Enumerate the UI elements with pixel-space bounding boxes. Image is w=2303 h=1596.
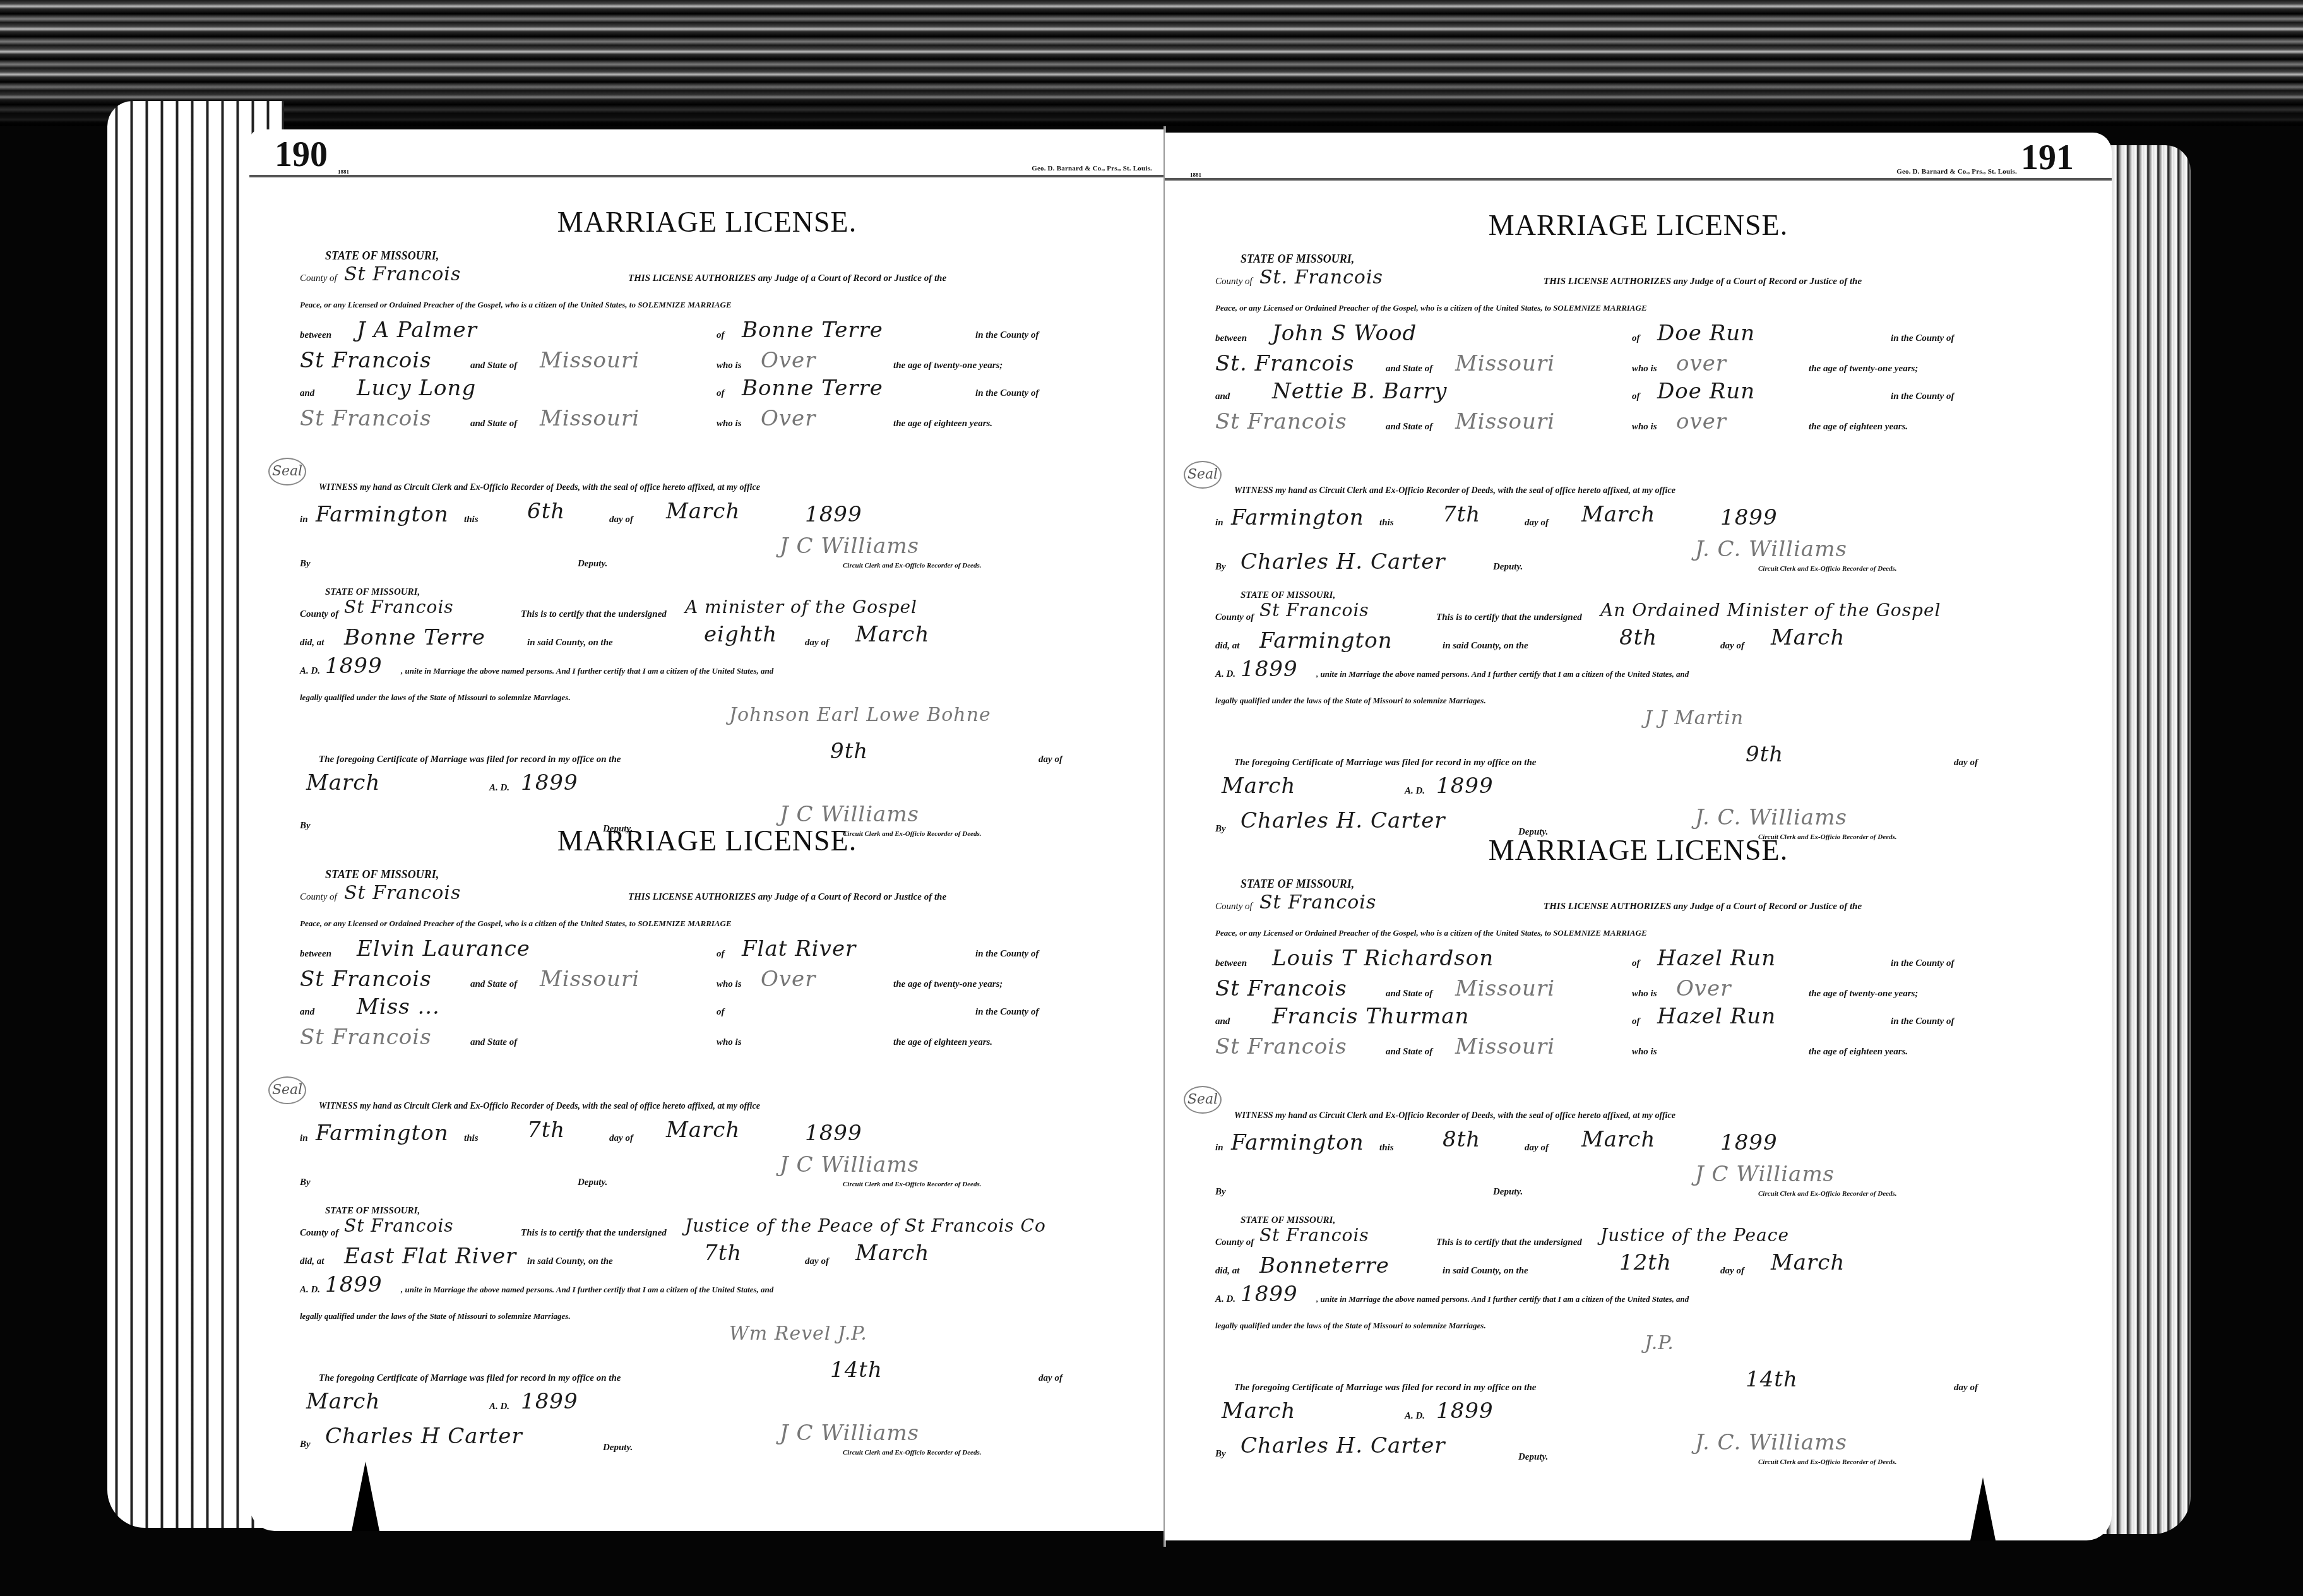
in-label: in <box>1215 1143 1223 1153</box>
clerk-title: Circuit Clerk and Ex-Officio Recorder of… <box>1758 1458 1896 1466</box>
day-of-label: day of <box>1720 1266 1744 1277</box>
authorizes-text: THIS LICENSE AUTHORIZES any Judge of a C… <box>1544 902 1862 912</box>
this-label: this <box>1379 518 1394 528</box>
bride-name: Francis Thurman <box>1272 1004 1469 1029</box>
license-title: MARRIAGE LICENSE. <box>1165 208 2112 242</box>
legally-text: legally qualified under the laws of the … <box>300 1311 571 1321</box>
groom-state: Missouri <box>540 348 640 373</box>
marriage-license-record: MARRIAGE LICENSE. STATE OF MISSOURI, Cou… <box>249 824 1165 1493</box>
filed-deputy: Charles H. Carter <box>1241 1433 1446 1458</box>
cert-county-label: County of <box>300 609 338 620</box>
and-label: and <box>1215 391 1230 402</box>
county-label: County of <box>1215 277 1253 287</box>
witness-month: March <box>666 499 740 524</box>
by-label: By <box>300 559 311 569</box>
age21-label: the age of twenty-one years; <box>893 360 1003 371</box>
day-of-label: day of <box>1954 758 1978 768</box>
ad-label: A. D. <box>489 783 509 794</box>
day-of-label: day of <box>609 515 633 525</box>
clerk-signature: J C Williams <box>780 1152 919 1177</box>
foregoing-text: The foregoing Certificate of Marriage wa… <box>319 1373 621 1384</box>
ad-label: A. D. <box>489 1402 509 1412</box>
said-county-label: in said County, on the <box>1443 1266 1528 1277</box>
witness-month: March <box>1581 1127 1655 1152</box>
county-of-label: in the County of <box>1891 391 1954 402</box>
filed-year: 1899 <box>521 770 578 795</box>
ad-label: A. D. <box>300 666 320 677</box>
age21-label: the age of twenty-one years; <box>893 979 1003 990</box>
bride-state: Missouri <box>1455 1034 1555 1059</box>
unite-text: , unite in Marriage the above named pers… <box>401 666 773 676</box>
cert-month: March <box>1771 1250 1845 1275</box>
certify-text: This is to certify that the undersigned <box>1436 1237 1582 1248</box>
between-label: between <box>1215 958 1247 969</box>
unite-text: , unite in Marriage the above named pers… <box>1316 1294 1689 1304</box>
filed-deputy: Charles H Carter <box>325 1424 523 1449</box>
clerk-title: Circuit Clerk and Ex-Officio Recorder of… <box>1758 565 1896 573</box>
between-label: between <box>300 330 331 341</box>
county-of-label: in the County of <box>975 388 1038 399</box>
filed-clerk-signature: J C Williams <box>780 802 919 827</box>
bride-residence: Doe Run <box>1657 379 1755 404</box>
peace-text: Peace, or any Licensed or Ordained Preac… <box>1215 303 1647 313</box>
of-label: of <box>1632 958 1640 969</box>
ad-label: A. D. <box>1215 1294 1235 1305</box>
deputy-label: Deputy. <box>1493 562 1523 573</box>
unite-text: , unite in Marriage the above named pers… <box>401 1285 773 1295</box>
state-of-label: and State of <box>1386 364 1432 374</box>
said-county-label: in said County, on the <box>527 638 613 648</box>
marriage-license-record: MARRIAGE LICENSE. STATE OF MISSOURI, Cou… <box>249 205 1165 874</box>
bride-county: St Francois <box>300 406 432 431</box>
and-label: and <box>300 388 314 399</box>
witness-year: 1899 <box>1720 505 1778 530</box>
who-is-label: who is <box>1632 364 1657 374</box>
authorizes-text: THIS LICENSE AUTHORIZES any Judge of a C… <box>628 892 946 903</box>
ad-label: A. D. <box>1405 786 1425 797</box>
bride-age: over <box>1676 409 1727 434</box>
state-of-label: and State of <box>470 979 517 990</box>
bride-name: Lucy Long <box>357 376 476 401</box>
of-label: of <box>717 1007 725 1018</box>
foregoing-text: The foregoing Certificate of Marriage wa… <box>1234 1383 1536 1393</box>
filed-month: March <box>1222 773 1295 799</box>
cert-place: East Flat River <box>344 1244 516 1269</box>
filed-year: 1899 <box>1436 773 1494 799</box>
bride-state: Missouri <box>540 406 640 431</box>
day-of-label: day of <box>805 1256 829 1267</box>
groom-residence: Hazel Run <box>1657 946 1776 971</box>
peace-text: Peace, or any Licensed or Ordained Preac… <box>1215 928 1647 938</box>
cert-year: 1899 <box>1241 657 1298 682</box>
groom-age: over <box>1676 351 1727 376</box>
witness-day: 6th <box>527 499 565 524</box>
groom-state: Missouri <box>540 967 640 992</box>
day-of-label: day of <box>1525 1143 1549 1153</box>
deputy-label: Deputy. <box>578 559 607 569</box>
witness-text: WITNESS my hand as Circuit Clerk and Ex-… <box>1234 1111 1675 1121</box>
age18-label: the age of eighteen years. <box>893 419 992 429</box>
marriage-license-record: MARRIAGE LICENSE. STATE OF MISSOURI, Cou… <box>1165 208 2112 878</box>
groom-residence: Doe Run <box>1657 321 1755 346</box>
state-label: STATE OF MISSOURI, <box>325 868 439 881</box>
marriage-license-record: MARRIAGE LICENSE. STATE OF MISSOURI, Cou… <box>1165 833 2112 1503</box>
filed-day: 14th <box>1746 1367 1798 1392</box>
header-rule <box>1165 178 2112 181</box>
state-of-label: and State of <box>470 1037 517 1048</box>
county-label: County of <box>1215 902 1253 912</box>
printer-imprint: Geo. D. Barnard & Co., Prs., St. Louis. <box>1032 165 1152 172</box>
officiant-title: Justice of the Peace of St Francois Co <box>685 1215 1046 1236</box>
groom-age: Over <box>761 348 816 373</box>
page-stack-right <box>2102 145 2191 1534</box>
cert-county: St Francois <box>344 1215 454 1236</box>
by-label: By <box>300 1177 311 1188</box>
officiant-signature: J J Martin <box>1645 707 1744 729</box>
officiant-title: Justice of the Peace <box>1600 1225 1789 1246</box>
state-of-label: and State of <box>1386 422 1432 432</box>
county-of-label: in the County of <box>1891 1016 1954 1027</box>
register-page-190: 190 1881 Geo. D. Barnard & Co., Prs., St… <box>249 129 1165 1531</box>
cert-county-label: County of <box>1215 1237 1254 1248</box>
cert-county-label: County of <box>1215 612 1254 623</box>
page-number: 190 <box>275 134 328 175</box>
who-is-label: who is <box>717 419 742 429</box>
of-label: of <box>1632 391 1640 402</box>
by-label: By <box>1215 1187 1226 1198</box>
certify-text: This is to certify that the undersigned <box>521 609 667 620</box>
deputy-label: Deputy. <box>1493 1187 1523 1198</box>
cert-month: March <box>855 622 929 647</box>
groom-county: St. Francois <box>1215 351 1354 376</box>
of-label: of <box>717 388 725 399</box>
filed-month: March <box>306 770 380 795</box>
day-of-label: day of <box>1720 641 1744 652</box>
state-label: STATE OF MISSOURI, <box>1241 878 1354 891</box>
this-label: this <box>464 1133 479 1144</box>
of-label: of <box>717 330 725 341</box>
license-title: MARRIAGE LICENSE. <box>249 205 1165 239</box>
and-label: and <box>1215 1016 1230 1027</box>
bride-state: Missouri <box>1455 409 1555 434</box>
said-county-label: in said County, on the <box>1443 641 1528 652</box>
county-of-label: in the County of <box>1891 333 1954 344</box>
by-label: By <box>300 1439 311 1450</box>
clerk-signature: J C Williams <box>1695 1162 1835 1187</box>
deputy-label: Deputy. <box>578 1177 607 1188</box>
bride-county: St Francois <box>1215 409 1347 434</box>
witness-place: Farmington <box>316 1121 449 1146</box>
county-value: St Francois <box>344 882 461 904</box>
clerk-signature: J C Williams <box>780 533 919 559</box>
printer-imprint: Geo. D. Barnard & Co., Prs., St. Louis. <box>1896 168 2017 176</box>
day-of-label: day of <box>1038 1373 1062 1384</box>
did-at-label: did, at <box>1215 641 1239 652</box>
filed-day: 14th <box>830 1357 883 1383</box>
this-label: this <box>464 515 479 525</box>
unite-text: , unite in Marriage the above named pers… <box>1316 669 1689 679</box>
witness-day: 7th <box>1443 502 1480 527</box>
state-of-label: and State of <box>1386 989 1432 999</box>
filed-day: 9th <box>830 739 868 764</box>
seal-mark: Seal <box>268 458 306 485</box>
cert-month: March <box>1771 625 1845 650</box>
in-label: in <box>1215 518 1223 528</box>
day-of-label: day of <box>1954 1383 1978 1393</box>
groom-age: Over <box>761 967 816 992</box>
cert-day: 12th <box>1619 1250 1672 1275</box>
and-label: and <box>300 1007 314 1018</box>
filed-day: 9th <box>1746 742 1783 767</box>
bride-county: St Francois <box>300 1025 432 1050</box>
cert-year: 1899 <box>325 1272 383 1297</box>
page-tab <box>350 1462 381 1531</box>
officiant-signature: Johnson Earl Lowe Bohne <box>729 704 991 726</box>
age21-label: the age of twenty-one years; <box>1809 989 1918 999</box>
county-label: County of <box>300 273 337 284</box>
microfilm-border <box>0 0 2303 126</box>
who-is-label: who is <box>717 360 742 371</box>
printer-code: 1881 <box>338 169 349 175</box>
officiant-signature: Wm Revel J.P. <box>729 1323 867 1345</box>
groom-age: Over <box>1676 976 1731 1001</box>
deputy-label: Deputy. <box>603 1443 633 1453</box>
who-is-label: who is <box>717 979 742 990</box>
license-title: MARRIAGE LICENSE. <box>1165 833 2112 867</box>
county-label: County of <box>300 892 337 903</box>
day-of-label: day of <box>1038 754 1062 765</box>
cert-place: Farmington <box>1259 628 1393 653</box>
did-at-label: did, at <box>300 1256 324 1267</box>
witness-place: Farmington <box>316 502 449 527</box>
filed-clerk-signature: J C Williams <box>780 1420 919 1446</box>
day-of-label: day of <box>609 1133 633 1144</box>
filed-deputy: Charles H. Carter <box>1241 808 1446 833</box>
between-label: between <box>1215 333 1247 344</box>
seal-mark: Seal <box>1184 1086 1222 1114</box>
witness-place: Farmington <box>1231 505 1364 530</box>
clerk-signature: J. C. Williams <box>1695 537 1847 562</box>
foregoing-text: The foregoing Certificate of Marriage wa… <box>1234 758 1536 768</box>
groom-county: St Francois <box>300 348 432 373</box>
filed-clerk-signature: J. C. Williams <box>1695 805 1847 830</box>
clerk-title: Circuit Clerk and Ex-Officio Recorder of… <box>843 1181 981 1188</box>
county-value: St Francois <box>1259 891 1376 914</box>
county-value: St. Francois <box>1259 266 1383 289</box>
certify-text: This is to certify that the undersigned <box>1436 612 1582 623</box>
county-value: St Francois <box>344 263 461 285</box>
printer-code: 1881 <box>1190 172 1201 178</box>
of-label: of <box>1632 333 1640 344</box>
filed-year: 1899 <box>1436 1398 1494 1424</box>
filed-month: March <box>306 1389 380 1414</box>
peace-text: Peace, or any Licensed or Ordained Preac… <box>300 300 732 310</box>
peace-text: Peace, or any Licensed or Ordained Preac… <box>300 919 732 929</box>
cert-day: 7th <box>704 1241 742 1266</box>
foregoing-text: The foregoing Certificate of Marriage wa… <box>319 754 621 765</box>
ad-label: A. D. <box>1405 1411 1425 1422</box>
cert-year: 1899 <box>1241 1282 1298 1307</box>
officiant-title: A minister of the Gospel <box>685 597 917 617</box>
cert-place: Bonneterre <box>1259 1253 1390 1278</box>
witness-month: March <box>1581 502 1655 527</box>
of-label: of <box>717 949 725 960</box>
did-at-label: did, at <box>300 638 324 648</box>
by-label: By <box>1215 1449 1226 1460</box>
in-label: in <box>300 515 308 525</box>
certify-text: This is to certify that the undersigned <box>521 1228 667 1239</box>
did-at-label: did, at <box>1215 1266 1239 1277</box>
clerk-title: Circuit Clerk and Ex-Officio Recorder of… <box>1758 1190 1896 1198</box>
witness-month: March <box>666 1117 740 1143</box>
filed-clerk-signature: J. C. Williams <box>1695 1430 1847 1455</box>
seal-mark: Seal <box>268 1076 306 1104</box>
day-of-label: day of <box>805 638 829 648</box>
license-title: MARRIAGE LICENSE. <box>249 824 1165 857</box>
cert-county: St Francois <box>344 597 454 617</box>
groom-name: John S Wood <box>1272 321 1417 346</box>
groom-county: St Francois <box>1215 976 1347 1001</box>
age18-label: the age of eighteen years. <box>1809 1047 1908 1057</box>
groom-name: Louis T Richardson <box>1272 946 1494 971</box>
cert-county: St Francois <box>1259 1225 1369 1246</box>
clerk-title: Circuit Clerk and Ex-Officio Recorder of… <box>843 562 981 569</box>
state-of-label: and State of <box>470 360 517 371</box>
state-label: STATE OF MISSOURI, <box>1241 253 1354 266</box>
page-tab <box>1968 1477 1998 1540</box>
who-is-label: who is <box>1632 1047 1657 1057</box>
who-is-label: who is <box>1632 422 1657 432</box>
groom-residence: Flat River <box>742 936 856 962</box>
officiant-title: An Ordained Minister of the Gospel <box>1600 600 1941 621</box>
this-label: this <box>1379 1143 1394 1153</box>
cert-place: Bonne Terre <box>344 625 485 650</box>
register-page-191: 191 1881 Geo. D. Barnard & Co., Prs., St… <box>1165 133 2112 1540</box>
groom-residence: Bonne Terre <box>742 318 883 343</box>
witness-text: WITNESS my hand as Circuit Clerk and Ex-… <box>1234 486 1675 496</box>
age18-label: the age of eighteen years. <box>893 1037 992 1048</box>
state-of-label: and State of <box>470 419 517 429</box>
filed-month: March <box>1222 1398 1295 1424</box>
county-of-label: in the County of <box>975 330 1038 341</box>
bride-residence: Bonne Terre <box>742 376 883 401</box>
page-number: 191 <box>2021 138 2074 178</box>
in-label: in <box>300 1133 308 1144</box>
legally-text: legally qualified under the laws of the … <box>300 693 571 703</box>
cert-year: 1899 <box>325 653 383 679</box>
age18-label: the age of eighteen years. <box>1809 422 1908 432</box>
bride-county: St Francois <box>1215 1034 1347 1059</box>
deputy-signature: Charles H. Carter <box>1241 549 1446 575</box>
who-is-label: who is <box>1632 989 1657 999</box>
by-label: By <box>1215 562 1226 573</box>
ad-label: A. D. <box>300 1285 320 1295</box>
header-rule <box>249 175 1165 177</box>
witness-place: Farmington <box>1231 1130 1364 1155</box>
bride-age: Over <box>761 406 816 431</box>
witness-year: 1899 <box>1720 1130 1778 1155</box>
county-of-label: in the County of <box>975 1007 1038 1018</box>
said-county-label: in said County, on the <box>527 1256 613 1267</box>
filed-year: 1899 <box>521 1389 578 1414</box>
groom-name: Elvin Laurance <box>357 936 530 962</box>
legally-text: legally qualified under the laws of the … <box>1215 1321 1486 1331</box>
state-label: STATE OF MISSOURI, <box>325 249 439 263</box>
witness-year: 1899 <box>805 502 862 527</box>
witness-day: 7th <box>527 1117 565 1143</box>
cert-day: eighth <box>704 622 777 647</box>
witness-day: 8th <box>1443 1127 1480 1152</box>
groom-county: St Francois <box>300 967 432 992</box>
groom-name: J A Palmer <box>357 318 477 343</box>
witness-text: WITNESS my hand as Circuit Clerk and Ex-… <box>319 1102 760 1112</box>
county-of-label: in the County of <box>975 949 1038 960</box>
cert-day: 8th <box>1619 625 1657 650</box>
witness-text: WITNESS my hand as Circuit Clerk and Ex-… <box>319 483 760 493</box>
bride-name: Miss ... <box>357 994 440 1020</box>
clerk-title: Circuit Clerk and Ex-Officio Recorder of… <box>843 1449 981 1456</box>
who-is-label: who is <box>717 1037 742 1048</box>
seal-mark: Seal <box>1184 461 1222 489</box>
day-of-label: day of <box>1525 518 1549 528</box>
state-of-label: and State of <box>1386 1047 1432 1057</box>
witness-year: 1899 <box>805 1121 862 1146</box>
authorizes-text: THIS LICENSE AUTHORIZES any Judge of a C… <box>628 273 946 284</box>
cert-county: St Francois <box>1259 600 1369 621</box>
legally-text: legally qualified under the laws of the … <box>1215 696 1486 706</box>
between-label: between <box>300 949 331 960</box>
groom-state: Missouri <box>1455 976 1555 1001</box>
of-label: of <box>1632 1016 1640 1027</box>
age21-label: the age of twenty-one years; <box>1809 364 1918 374</box>
deputy-label: Deputy. <box>1518 1452 1548 1463</box>
bride-residence: Hazel Run <box>1657 1004 1776 1029</box>
cert-month: March <box>855 1241 929 1266</box>
cert-county-label: County of <box>300 1228 338 1239</box>
authorizes-text: THIS LICENSE AUTHORIZES any Judge of a C… <box>1544 277 1862 287</box>
groom-state: Missouri <box>1455 351 1555 376</box>
officiant-signature: J.P. <box>1645 1332 1674 1354</box>
county-of-label: in the County of <box>1891 958 1954 969</box>
bride-name: Nettie B. Barry <box>1272 379 1448 404</box>
ad-label: A. D. <box>1215 669 1235 680</box>
